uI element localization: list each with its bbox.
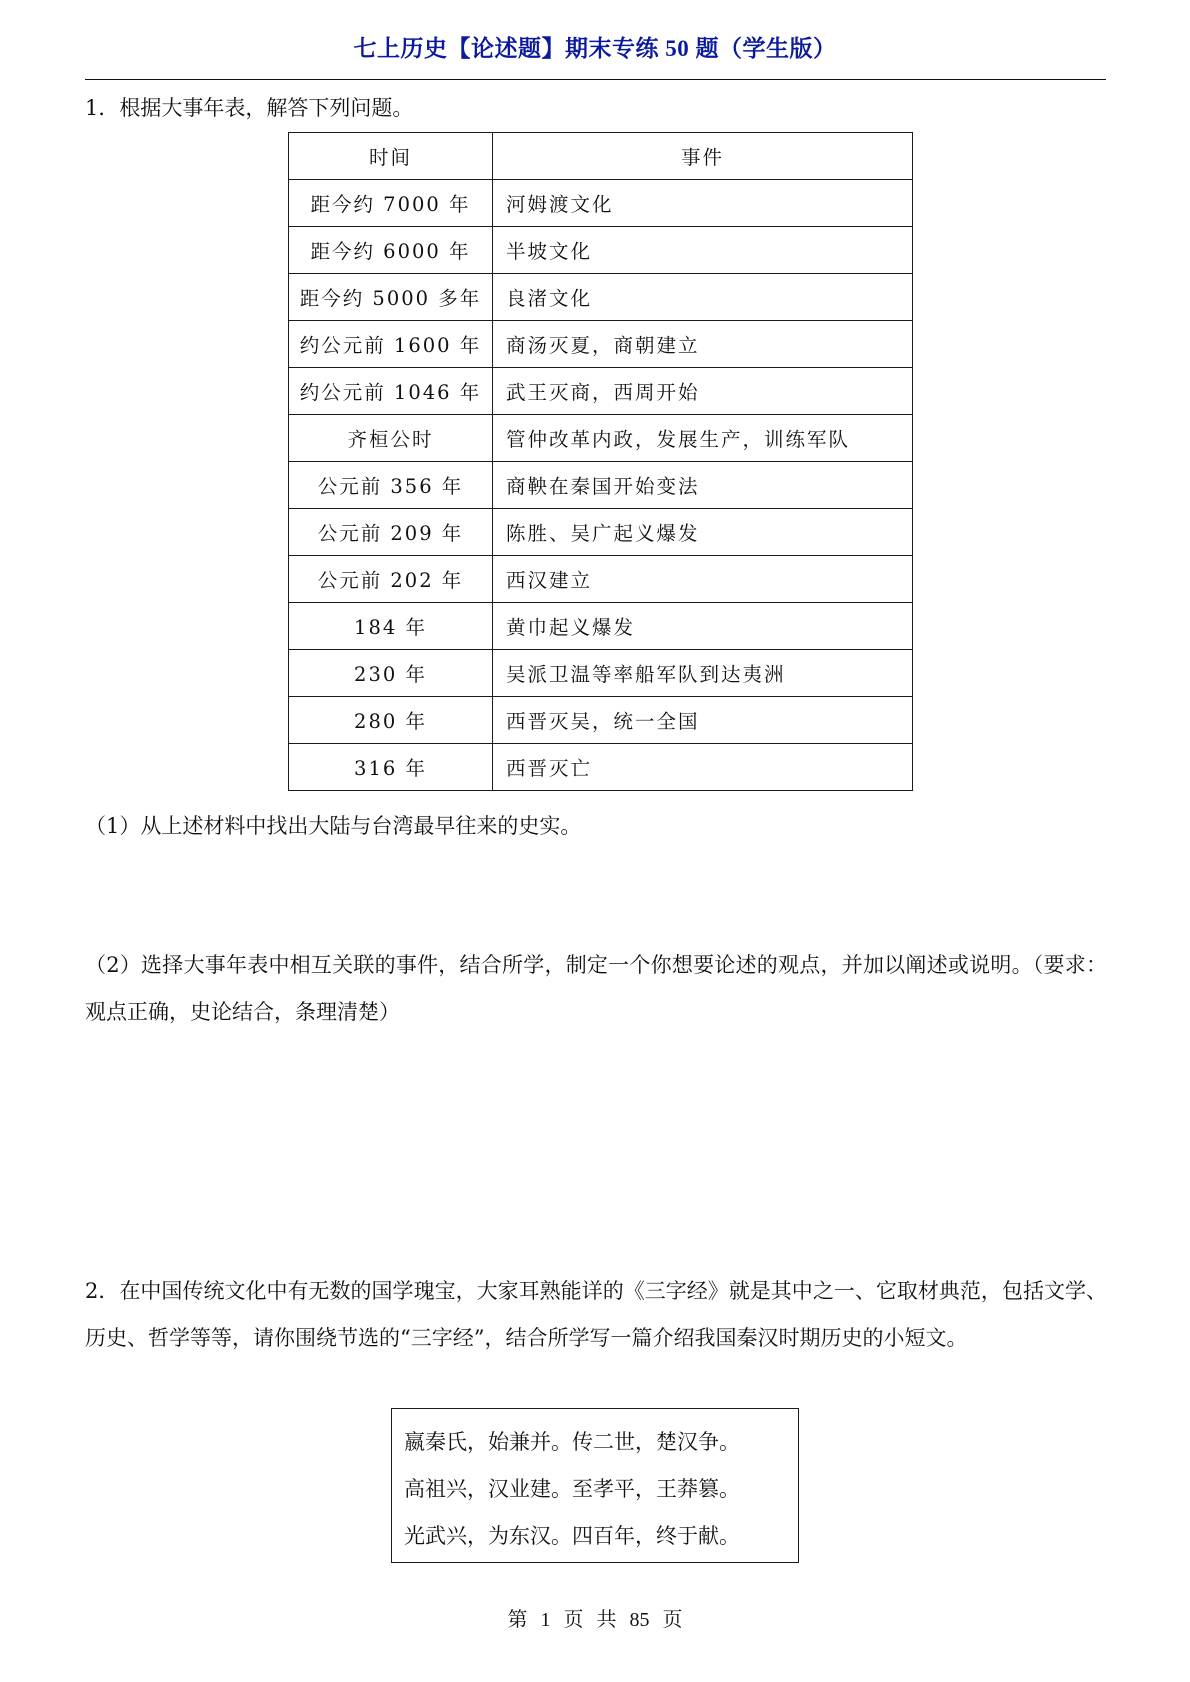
cell-event: 半坡文化 — [493, 227, 913, 274]
question-1-part-2: （2）选择大事年表中相互关联的事件，结合所学，制定一个你想要论述的观点，并加以阐… — [85, 942, 1107, 1036]
page-number: 第 1 页 共 85 页 — [0, 1603, 1190, 1632]
cell-time: 公元前 202 年 — [289, 556, 493, 603]
cell-event: 西晋灭吴，统一全国 — [493, 697, 913, 744]
cell-time: 距今约 5000 多年 — [289, 274, 493, 321]
cell-time: 230 年 — [289, 650, 493, 697]
table-row: 316 年西晋灭亡 — [289, 744, 913, 791]
cell-time: 齐桓公时 — [289, 415, 493, 462]
cell-time: 公元前 356 年 — [289, 462, 493, 509]
cell-event: 黄巾起义爆发 — [493, 603, 913, 650]
cell-time: 约公元前 1046 年 — [289, 368, 493, 415]
verse-line: 嬴秦氏，始兼并。传二世，楚汉争。 — [404, 1419, 798, 1466]
table-row: 184 年黄巾起义爆发 — [289, 603, 913, 650]
table-row: 公元前 202 年西汉建立 — [289, 556, 913, 603]
table-row: 距今约 6000 年半坡文化 — [289, 227, 913, 274]
header-divider — [85, 79, 1106, 80]
question-1-part-1: （1）从上述材料中找出大陆与台湾最早往来的史实。 — [85, 803, 1107, 850]
cell-time: 距今约 7000 年 — [289, 180, 493, 227]
cell-event: 吴派卫温等率船军队到达夷洲 — [493, 650, 913, 697]
cell-time: 280 年 — [289, 697, 493, 744]
cell-event: 良渚文化 — [493, 274, 913, 321]
table-row: 齐桓公时管仲改革内政，发展生产，训练军队 — [289, 415, 913, 462]
table-row: 280 年西晋灭吴，统一全国 — [289, 697, 913, 744]
cell-event: 武王灭商，西周开始 — [493, 368, 913, 415]
cell-time: 公元前 209 年 — [289, 509, 493, 556]
chronology-table: 时间 事件 距今约 7000 年河姆渡文化 距今约 6000 年半坡文化 距今约… — [288, 132, 913, 791]
cell-event: 管仲改革内政，发展生产，训练军队 — [493, 415, 913, 462]
verse-line: 光武兴，为东汉。四百年，终于献。 — [404, 1513, 798, 1560]
table-row: 公元前 209 年陈胜、吴广起义爆发 — [289, 509, 913, 556]
table-header-row: 时间 事件 — [289, 133, 913, 180]
cell-time: 184 年 — [289, 603, 493, 650]
column-header-time: 时间 — [289, 133, 493, 180]
cell-event: 河姆渡文化 — [493, 180, 913, 227]
table-row: 距今约 7000 年河姆渡文化 — [289, 180, 913, 227]
sanzijing-excerpt-box: 嬴秦氏，始兼并。传二世，楚汉争。 高祖兴，汉业建。至孝平，王莽篡。 光武兴，为东… — [391, 1408, 799, 1563]
cell-time: 316 年 — [289, 744, 493, 791]
cell-event: 商汤灭夏，商朝建立 — [493, 321, 913, 368]
table-row: 距今约 5000 多年良渚文化 — [289, 274, 913, 321]
question-2-stem: 2．在中国传统文化中有无数的国学瑰宝，大家耳熟能详的《三字经》就是其中之一、它取… — [85, 1268, 1107, 1362]
column-header-event: 事件 — [493, 133, 913, 180]
cell-event: 西晋灭亡 — [493, 744, 913, 791]
verse-line: 高祖兴，汉业建。至孝平，王莽篡。 — [404, 1466, 798, 1513]
cell-time: 约公元前 1600 年 — [289, 321, 493, 368]
cell-time: 距今约 6000 年 — [289, 227, 493, 274]
cell-event: 陈胜、吴广起义爆发 — [493, 509, 913, 556]
table-row: 230 年吴派卫温等率船军队到达夷洲 — [289, 650, 913, 697]
table-row: 约公元前 1046 年武王灭商，西周开始 — [289, 368, 913, 415]
table-row: 公元前 356 年商鞅在秦国开始变法 — [289, 462, 913, 509]
cell-event: 西汉建立 — [493, 556, 913, 603]
cell-event: 商鞅在秦国开始变法 — [493, 462, 913, 509]
table-row: 约公元前 1600 年商汤灭夏，商朝建立 — [289, 321, 913, 368]
question-1-stem: 1．根据大事年表，解答下列问题。 — [85, 85, 1107, 132]
document-title: 七上历史【论述题】期末专练 50 题（学生版） — [0, 30, 1190, 63]
